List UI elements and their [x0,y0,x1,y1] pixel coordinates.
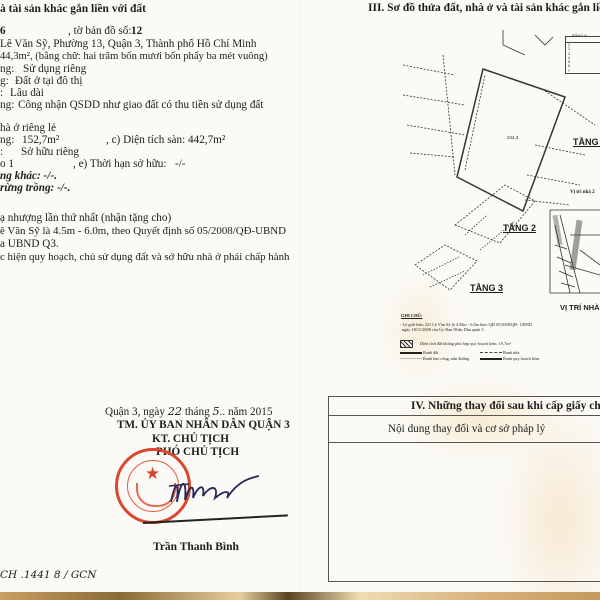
legend-4: Ranh quy hoạch hẻm [503,356,539,361]
parcel-label: 244,3 [507,135,519,140]
date-line: Quận 3, ngày 22 tháng 5.. năm 2015 [105,405,272,419]
legend-line-land [400,352,422,354]
signer-name: Trần Thanh Bình [153,541,239,554]
year-label: năm 2015 [228,406,272,418]
section-title-left: à tài sản khác gắn liền với đất [0,3,146,16]
map-sheet-label: , tờ bản đồ số: [68,25,131,38]
origin-label: ng: [0,99,14,112]
location-label-top: Vị trí nhà 2 [570,186,595,199]
section-4-title: IV. Những thay đổi sau khi cấp giấy chứn… [329,397,600,416]
note-line-2: ê Văn Sỹ là 4.5m - 6.0m, theo Quyết định… [0,225,286,238]
floor-label-3: TẦNG 3 [470,282,503,295]
legend-1: Ranh đất [423,350,438,355]
document-edge [0,592,600,600]
legend-3: Ranh bao công, nắn đường [423,356,469,361]
map-sheet-value: 12 [131,25,142,38]
floor-label-2: TẦNG 2 [503,222,536,235]
signature-scribble-icon [165,472,265,512]
section-4-column-header: Nội dung thay đổi và cơ sở pháp lý [329,416,600,443]
section-4-table: IV. Những thay đổi sau khi cấp giấy chứn… [328,396,600,582]
notes-title: GHI CHÚ: [401,313,422,318]
certificate-page: à tài sản khác gắn liền với đất 6 , tờ b… [0,0,600,600]
floor-label-1: TẦNG 1 [573,136,600,149]
site-plan-drawing: 244,3 [395,25,600,315]
origin-value: Công nhận QSDD như giao đất có thu tiền … [18,99,264,112]
registry-number: CH .1441 8 / GCN [0,569,96,582]
note-line-1: ạ nhượng lần thứ nhất (nhận tặng cho) [0,212,171,225]
issuing-org: TM. ỦY BAN NHÂN DÂN QUẬN 3 [117,419,290,432]
legend-line-house [480,352,502,353]
page-fold [300,0,301,592]
date-month: 5 [212,405,219,418]
ownership-value: Sở hữu riêng [21,146,79,159]
ownership-term-label: , e) Thời hạn sở hữu: [73,158,167,171]
legend-line-wall [400,358,422,359]
floor-area-label: , c) Diện tích sàn: [106,134,185,147]
ownership-term-value: -/- [175,158,186,171]
planted-forest: rừng trồng: -/-. [0,182,70,195]
legend-hatch: Diện tích đất không phù hợp quy hoạch hẻ… [420,341,511,346]
parcel-number: 6 [0,25,6,38]
section-3-title: III. Sơ đồ thửa đất, nhà ở và tài sản kh… [368,2,600,14]
notes-line-2: ngày 18/11/2008 của Ủy Ban Nhân Dân quận… [402,327,483,332]
floor-area-value: 442,7m² [188,134,225,147]
date-prefix: Quận 3, ngày [105,406,165,418]
land-area: 44,3m², (bằng chữ: hai trăm bốn mươi bốn… [0,50,268,63]
month-label: tháng [185,406,210,418]
date-day: 22 [168,405,182,418]
note-line-4: c hiện quy hoạch, chủ sử dụng đất và sở … [0,251,289,264]
signer-role-1: KT. CHỦ TỊCH [152,433,229,446]
legend-2: Ranh nhà [503,350,519,355]
hatch-swatch-icon [400,340,413,348]
location-label-bottom: VỊ TRÍ NHÀ Ở [560,301,600,314]
note-line-3: a UBND Q3. [0,238,59,251]
legend-line-planning [480,358,502,360]
